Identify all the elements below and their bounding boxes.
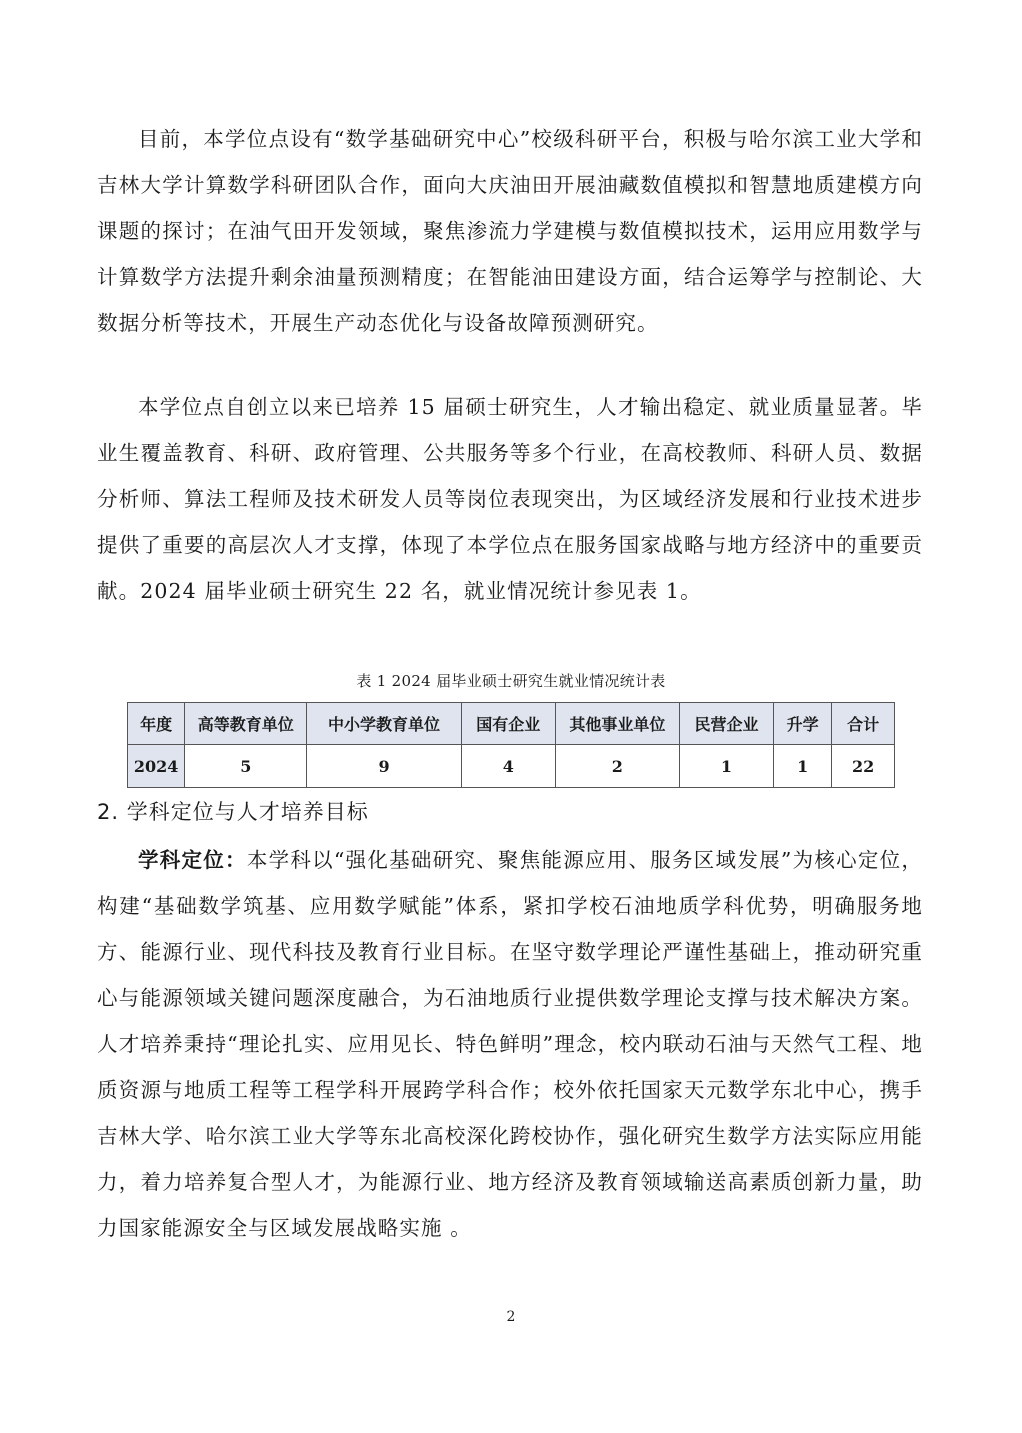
col-header-private-enterprise: 民营企业 [679, 703, 773, 745]
cell-state-enterprise: 4 [461, 745, 555, 788]
paragraph-graduate-employment: 本学位点自创立以来已培养 15 届硕士研究生，人才输出稳定、就业质量显著。毕业生… [97, 384, 923, 614]
positioning-lead-label: 学科定位： [138, 848, 247, 872]
cell-year: 2024 [128, 745, 185, 788]
document-page: 目前，本学位点设有“数学基础研究中心”校级科研平台，积极与哈尔滨工业大学和吉林大… [0, 0, 1022, 1433]
section-heading: 2. 学科定位与人才培养目标 [97, 796, 369, 826]
table-row: 2024 5 9 4 2 1 1 22 [128, 745, 895, 788]
cell-total: 22 [832, 745, 895, 788]
cell-higher-education: 5 [185, 745, 307, 788]
col-header-year: 年度 [128, 703, 185, 745]
col-header-further-study: 升学 [773, 703, 831, 745]
col-header-total: 合计 [832, 703, 895, 745]
col-header-other-institutions: 其他事业单位 [555, 703, 679, 745]
positioning-text: 本学科以“强化基础研究、聚焦能源应用、服务区域发展”为核心定位，构建“基础数学筑… [97, 848, 923, 1240]
col-header-higher-education: 高等教育单位 [185, 703, 307, 745]
cell-k12-education: 9 [307, 745, 461, 788]
table-caption: 表 1 2024 届毕业硕士研究生就业情况统计表 [0, 670, 1022, 691]
page-number: 2 [0, 1309, 1022, 1325]
col-header-k12-education: 中小学教育单位 [307, 703, 461, 745]
cell-private-enterprise: 1 [679, 745, 773, 788]
employment-stats-table: 年度 高等教育单位 中小学教育单位 国有企业 其他事业单位 民营企业 升学 合计… [127, 702, 895, 788]
paragraph-research-platform: 目前，本学位点设有“数学基础研究中心”校级科研平台，积极与哈尔滨工业大学和吉林大… [97, 116, 923, 346]
paragraph-discipline-positioning: 学科定位：本学科以“强化基础研究、聚焦能源应用、服务区域发展”为核心定位，构建“… [97, 837, 923, 1251]
col-header-state-enterprise: 国有企业 [461, 703, 555, 745]
table-header-row: 年度 高等教育单位 中小学教育单位 国有企业 其他事业单位 民营企业 升学 合计 [128, 703, 895, 745]
cell-further-study: 1 [773, 745, 831, 788]
cell-other-institutions: 2 [555, 745, 679, 788]
